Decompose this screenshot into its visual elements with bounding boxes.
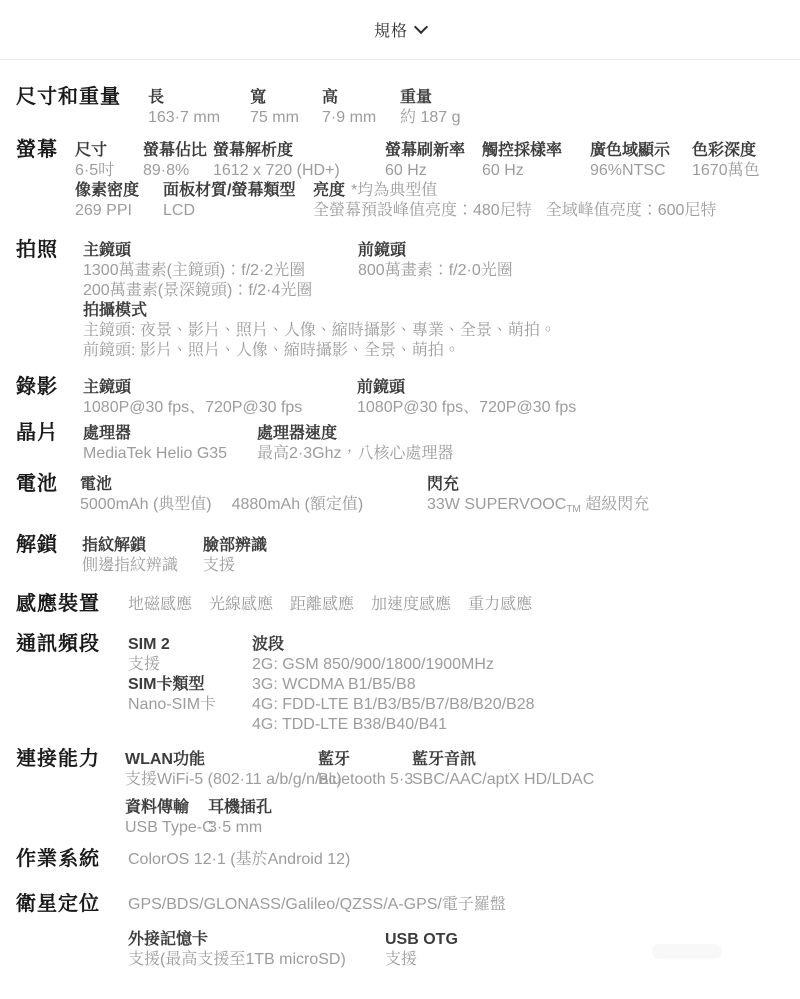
camera-main: 主鏡頭 1300萬畫素(主鏡頭)：f/2·2光圈 200萬畫素(景深鏡頭)：f/… <box>83 241 358 301</box>
bluetooth-audio-column: 藍牙音訊 SBC/AAC/aptX HD/LDAC <box>412 750 594 790</box>
spec-value: 269 PPI <box>75 201 163 221</box>
screen-resolution: 螢幕解析度 1612 x 720 (HD+) <box>213 141 385 181</box>
row-label-camera: 拍照 <box>16 238 58 262</box>
row-video: 錄影 主鏡頭 1080P@30 fps、720P@30 fps 前鏡頭 1080… <box>0 378 800 418</box>
sensor-list: 地磁感應 光線感應 距離感應 加速度感應 重力感應 <box>128 595 800 615</box>
row-unlock: 解鎖 指紋解鎖 側邊指紋辨識 臉部辨識 支援 <box>0 536 800 576</box>
spec-value: 1300萬畫素(主鏡頭)：f/2·2光圈 <box>83 261 358 281</box>
headphone-jack-column: 耳機插孔 3·5 mm <box>208 798 272 838</box>
camera-front: 前鏡頭 800萬畫素：f/2·0光圈 <box>358 241 513 301</box>
spec-value: 1080P@30 fps、720P@30 fps <box>83 398 357 418</box>
video-front: 前鏡頭 1080P@30 fps、720P@30 fps <box>357 378 576 418</box>
spec-subheader: USB OTG <box>385 930 458 950</box>
spec-value: 3G: WCDMA B1/B5/B8 <box>252 675 535 695</box>
spec-value: 4G: TDD-LTE B38/B40/B41 <box>252 715 535 735</box>
spec-subheader: 電池 <box>80 475 427 495</box>
screen-color-depth: 色彩深度 1670萬色 <box>692 141 760 181</box>
spec-subheader: 藍牙 <box>318 750 412 770</box>
spec-value: 1670萬色 <box>692 161 760 181</box>
spec-value: 60 Hz <box>385 161 482 181</box>
battery-values: 5000mAh (典型值) 4880mAh (額定值) <box>80 495 427 515</box>
spec-subheader: 螢幕刷新率 <box>385 141 482 161</box>
spec-value: 全域峰值亮度：600尼特 <box>546 201 717 221</box>
spec-value: 4880mAh (額定值) <box>232 495 364 515</box>
dim-length: 長 163·7 mm <box>148 88 250 128</box>
spec-value: 最高2·3Ghz，八核心處理器 <box>257 444 453 464</box>
spec-subheader: 寬 <box>250 88 322 108</box>
spec-subheader: 觸控採樣率 <box>482 141 590 161</box>
sensor-item: 距離感應 <box>290 595 354 615</box>
brightness-note: *均為典型值 <box>351 182 437 199</box>
spec-subheader: 長 <box>148 88 250 108</box>
row-os: 作業系統 ColorOS 12·1 (基於Android 12) <box>0 850 800 870</box>
spec-subheader: 面板材質/螢幕類型 <box>163 181 313 201</box>
spec-value: 75 mm <box>250 108 322 128</box>
spec-value: 約 187 g <box>400 108 461 128</box>
spec-subheader: 前鏡頭 <box>358 241 513 261</box>
spec-dropdown-label: 規格 <box>374 18 408 41</box>
dim-weight: 重量 約 187 g <box>400 88 461 128</box>
spec-value: Nano-SIM卡 <box>128 695 252 715</box>
row-label-screen: 螢幕 <box>16 138 58 162</box>
spec-subheader: 色彩深度 <box>692 141 760 161</box>
spec-subheader: 螢幕解析度 <box>213 141 385 161</box>
spec-subheader: 波段 <box>252 635 535 655</box>
spec-subheader: 高 <box>322 88 400 108</box>
wlan-column: WLAN功能 支援WiFi-5 (802·11 a/b/g/n/ac) <box>125 750 318 790</box>
dim-width: 寬 75 mm <box>250 88 322 128</box>
sensor-item: 地磁感應 <box>128 595 192 615</box>
chevron-down-icon <box>414 20 428 34</box>
spec-subheader: 處理器速度 <box>257 424 453 444</box>
gps-value: GPS/BDS/GLONASS/Galileo/QZSS/A-GPS/電子羅盤 <box>128 895 800 915</box>
spec-value: 前鏡頭: 影片、照片、人像、縮時攝影、全景、萌拍。 <box>83 341 800 361</box>
screen-refresh: 螢幕刷新率 60 Hz <box>385 141 482 181</box>
spec-subheader: 耳機插孔 <box>208 798 272 818</box>
spec-value: 800萬畫素：f/2·0光圈 <box>358 261 513 281</box>
screen-ratio: 螢幕佔比 89·8% <box>143 141 213 181</box>
spec-value: 5000mAh (典型值) <box>80 495 212 515</box>
camera-modes: 拍攝模式 主鏡頭: 夜景、影片、照片、人像、縮時攝影、專業、全景、萌拍。 前鏡頭… <box>83 301 800 361</box>
spec-subheader: 資料傳輸 <box>125 798 208 818</box>
row-bands: 通訊頻段 SIM 2 支援 SIM卡類型 Nano-SIM卡 波段 2G: GS… <box>0 635 800 735</box>
chip-cpu: 處理器 MediaTek Helio G35 <box>83 424 257 464</box>
spec-value: SBC/AAC/aptX HD/LDAC <box>412 770 594 790</box>
spec-value: 支援 <box>385 950 458 970</box>
spec-subheader: SIM 2 <box>128 635 252 655</box>
spec-value: 側邊指紋辨識 <box>82 556 203 576</box>
screen-size: 尺寸 6·5吋 <box>75 141 143 181</box>
chip-speed: 處理器速度 最高2·3Ghz，八核心處理器 <box>257 424 453 464</box>
sensor-item: 重力感應 <box>468 595 532 615</box>
spec-value: 60 Hz <box>482 161 590 181</box>
video-main: 主鏡頭 1080P@30 fps、720P@30 fps <box>83 378 357 418</box>
spec-value: 支援 <box>203 556 267 576</box>
battery-cell: 電池 5000mAh (典型值) 4880mAh (額定值) <box>80 475 427 520</box>
spec-subheader: WLAN功能 <box>125 750 318 770</box>
sensor-item: 光線感應 <box>209 595 273 615</box>
row-label-chip: 晶片 <box>16 421 58 445</box>
spec-value: 96%NTSC <box>590 161 692 181</box>
spec-value: 1612 x 720 (HD+) <box>213 161 385 181</box>
bluetooth-column: 藍牙 Bluetooth 5·3 <box>318 750 412 790</box>
spec-header-bar: 規格 <box>0 0 800 60</box>
spec-value: 全螢幕預設峰值亮度：480尼特 <box>313 201 532 221</box>
spec-value: LCD <box>163 201 313 221</box>
band-column: 波段 2G: GSM 850/900/1800/1900MHz 3G: WCDM… <box>252 635 535 735</box>
row-label-gps: 衛星定位 <box>16 892 100 916</box>
row-label-unlock: 解鎖 <box>16 533 58 557</box>
spec-subheader: 臉部辨識 <box>203 536 267 556</box>
spec-page: 規格 尺寸和重量 長 163·7 mm 寬 75 mm 高 7·9 mm <box>0 0 800 999</box>
screen-brightness: 亮度*均為典型值 全螢幕預設峰值亮度：480尼特 全域峰值亮度：600尼特 <box>313 181 716 221</box>
spec-value: MediaTek Helio G35 <box>83 444 257 464</box>
screen-touch-sampling: 觸控採樣率 60 Hz <box>482 141 590 181</box>
row-chip: 晶片 處理器 MediaTek Helio G35 處理器速度 最高2·3Ghz… <box>0 424 800 464</box>
row-label-dimensions: 尺寸和重量 <box>16 85 121 109</box>
spec-subheader: 藍牙音訊 <box>412 750 594 770</box>
row-label-video: 錄影 <box>16 375 58 399</box>
spec-dropdown[interactable]: 規格 <box>374 18 426 41</box>
unlock-fingerprint: 指紋解鎖 側邊指紋辨識 <box>82 536 203 576</box>
row-camera: 拍照 主鏡頭 1300萬畫素(主鏡頭)：f/2·2光圈 200萬畫素(景深鏡頭)… <box>0 241 800 361</box>
spec-value: 33W SUPERVOOC <box>427 496 566 513</box>
spec-value: 7·9 mm <box>322 108 400 128</box>
brightness-header: 亮度 <box>313 182 345 199</box>
spec-subheader: 閃充 <box>427 475 649 495</box>
row-label-os: 作業系統 <box>16 847 100 871</box>
spec-value: 支援 <box>128 655 252 675</box>
spec-subheader: 主鏡頭 <box>83 378 357 398</box>
faint-artifact <box>652 944 722 959</box>
spec-subheader: 主鏡頭 <box>83 241 358 261</box>
spec-subheader: 處理器 <box>83 424 257 444</box>
battery-flash-charge: 閃充 33W SUPERVOOCTM 超級閃充 <box>427 475 649 520</box>
spec-value: 200萬畫素(景深鏡頭)：f/2·4光圈 <box>83 281 358 301</box>
flash-charge-value: 33W SUPERVOOCTM 超級閃充 <box>427 495 649 520</box>
row-screen: 螢幕 尺寸 6·5吋 螢幕佔比 89·8% 螢幕解析度 1612 x 720 (… <box>0 141 800 221</box>
spec-value: 163·7 mm <box>148 108 250 128</box>
spec-value: USB Type-C <box>125 818 208 838</box>
spec-subheader: 指紋解鎖 <box>82 536 203 556</box>
row-dimensions: 尺寸和重量 長 163·7 mm 寬 75 mm 高 7·9 mm 重量 約 1… <box>0 88 800 128</box>
row-label-sensors: 感應裝置 <box>16 592 100 616</box>
row-gps: 衛星定位 GPS/BDS/GLONASS/Galileo/QZSS/A-GPS/… <box>0 895 800 915</box>
spec-subheader: 亮度*均為典型值 <box>313 181 716 201</box>
screen-panel: 面板材質/螢幕類型 LCD <box>163 181 313 221</box>
screen-ppi: 像素密度 269 PPI <box>75 181 163 221</box>
spec-value: Bluetooth 5·3 <box>318 770 412 790</box>
spec-value: 6·5吋 <box>75 161 143 181</box>
spec-value: 超級閃充 <box>585 496 649 513</box>
usb-otg-column: USB OTG 支援 <box>385 930 458 970</box>
os-value: ColorOS 12·1 (基於Android 12) <box>128 850 800 870</box>
row-battery: 電池 電池 5000mAh (典型值) 4880mAh (額定值) 閃充 33W… <box>0 475 800 520</box>
brightness-values: 全螢幕預設峰值亮度：480尼特 全域峰值亮度：600尼特 <box>313 201 716 221</box>
spec-value: 3·5 mm <box>208 818 272 838</box>
tm-superscript: TM <box>566 504 580 515</box>
screen-gamut: 廣色域顯示 96%NTSC <box>590 141 692 181</box>
row-label-connectivity: 連接能力 <box>16 747 100 771</box>
spec-value: 支援(最高支援至1TB microSD) <box>128 950 385 970</box>
row-connectivity: 連接能力 WLAN功能 支援WiFi-5 (802·11 a/b/g/n/ac)… <box>0 750 800 838</box>
spec-subheader: 重量 <box>400 88 461 108</box>
spec-value: 89·8% <box>143 161 213 181</box>
spec-value: 1080P@30 fps、720P@30 fps <box>357 398 576 418</box>
unlock-face: 臉部辨識 支援 <box>203 536 267 576</box>
dim-height: 高 7·9 mm <box>322 88 400 128</box>
spec-value: 支援WiFi-5 (802·11 a/b/g/n/ac) <box>125 770 318 790</box>
spec-value: 主鏡頭: 夜景、影片、照片、人像、縮時攝影、專業、全景、萌拍。 <box>83 321 800 341</box>
spec-subheader: SIM卡類型 <box>128 675 252 695</box>
spec-subheader: 像素密度 <box>75 181 163 201</box>
spec-value: 4G: FDD-LTE B1/B3/B5/B7/B8/B20/B28 <box>252 695 535 715</box>
spec-subheader: 拍攝模式 <box>83 301 800 321</box>
sim-column: SIM 2 支援 SIM卡類型 Nano-SIM卡 <box>128 635 252 735</box>
data-transfer-column: 資料傳輸 USB Type-C <box>125 798 208 838</box>
row-label-battery: 電池 <box>16 472 58 496</box>
spec-subheader: 前鏡頭 <box>357 378 576 398</box>
row-sensors: 感應裝置 地磁感應 光線感應 距離感應 加速度感應 重力感應 <box>0 595 800 615</box>
spec-subheader: 外接記憶卡 <box>128 930 385 950</box>
row-label-bands: 通訊頻段 <box>16 632 100 656</box>
sd-card-column: 外接記憶卡 支援(最高支援至1TB microSD) <box>128 930 385 970</box>
spec-subheader: 廣色域顯示 <box>590 141 692 161</box>
spec-subheader: 尺寸 <box>75 141 143 161</box>
spec-subheader: 螢幕佔比 <box>143 141 213 161</box>
sensor-item: 加速度感應 <box>371 595 451 615</box>
spec-value: 2G: GSM 850/900/1800/1900MHz <box>252 655 535 675</box>
